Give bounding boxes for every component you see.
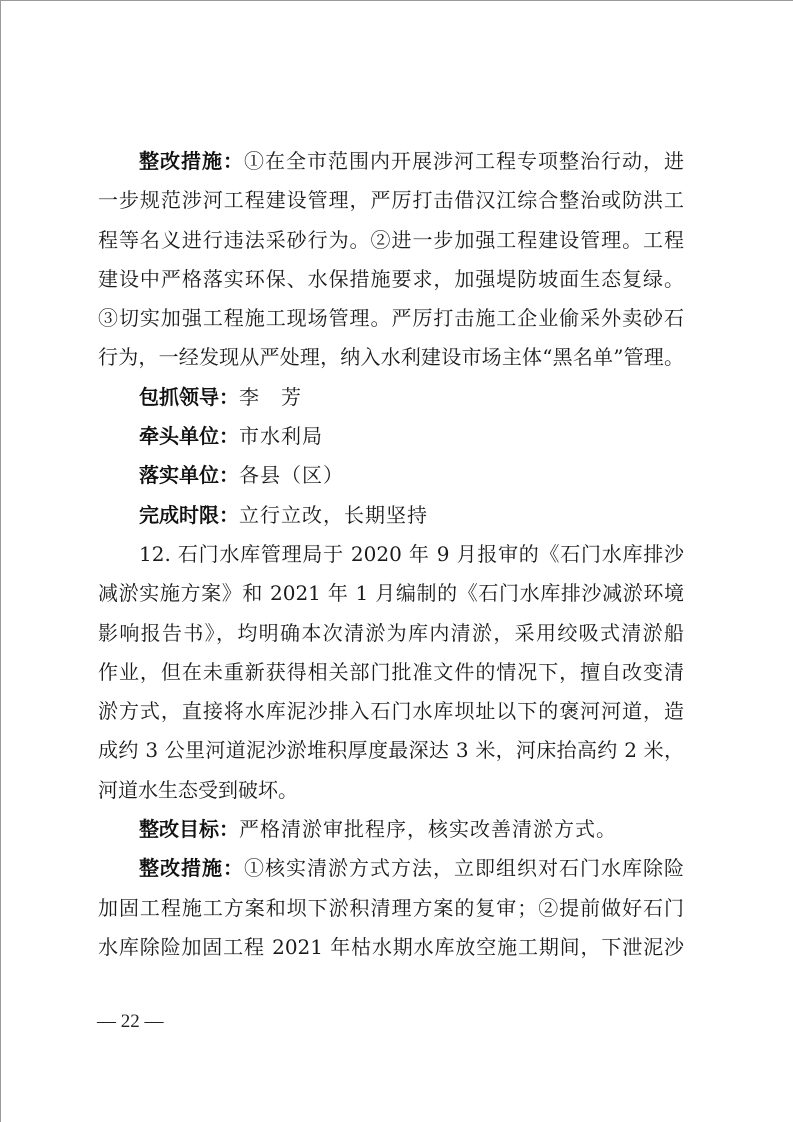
- field-label: 落实单位：: [139, 463, 239, 487]
- field-deadline: 完成时限：立行立改，长期坚持: [98, 496, 684, 535]
- section-label: 整改措施：: [139, 149, 244, 173]
- text-line: 作业，但在未重新获得相关部门批准文件的情况下，擅自改变清: [98, 653, 684, 692]
- field-value: 各县（区）: [239, 463, 344, 487]
- issue-paragraph: 12. 石门水库管理局于 2020 年 9 月报审的《石门水库排沙 减淤实施方案…: [98, 535, 684, 810]
- text-line: 程等名义进行违法采砂行为。②进一步加强工程建设管理。工程: [98, 221, 684, 260]
- field-value: 市水利局: [239, 424, 323, 448]
- text-line: 成约 3 公里河道泥沙淤堆积厚度最深达 3 米，河床抬高约 2 米，: [98, 731, 684, 770]
- field-value: 严格清淤审批程序，核实改善清淤方式。: [239, 817, 617, 841]
- text-line: 减淤实施方案》和 2021 年 1 月编制的《石门水库排沙减淤环境: [98, 574, 684, 613]
- field-label: 整改目标：: [139, 817, 239, 841]
- text-line: 河道水生态受到破坏。: [98, 771, 684, 810]
- text-line: 行为，一经发现从严处理，纳入水利建设市场主体“黑名单”管理。: [98, 338, 684, 377]
- field-leader: 包抓领导：李 芳: [98, 378, 684, 417]
- text-line: 水库除险加固工程 2021 年枯水期水库放空施工期间，下泄泥沙: [98, 928, 684, 967]
- text-line: ③切实加强工程施工现场管理。严厉打击施工企业偷采外卖砂石: [98, 299, 684, 338]
- text-line: 加固工程施工方案和坝下淤积清理方案的复审；②提前做好石门: [98, 889, 684, 928]
- text-run: ①核实清淤方式方法，立即组织对石门水库除险: [244, 856, 684, 880]
- document-page: 整改措施：①在全市范围内开展涉河工程专项整治行动，进 一步规范涉河工程建设管理，…: [0, 0, 793, 1122]
- field-value: 立行立改，长期坚持: [239, 503, 428, 527]
- field-implementing-unit: 落实单位：各县（区）: [98, 456, 684, 495]
- text-line: 一步规范涉河工程建设管理，严厉打击借汉江综合整治或防洪工: [98, 181, 684, 220]
- issue-number: 12.: [139, 542, 171, 566]
- text-line: 影响报告书》，均明确本次清淤为库内清淤，采用绞吸式清淤船: [98, 614, 684, 653]
- text-line: 淤方式，直接将水库泥沙排入石门水库坝址以下的褒河河道，造: [98, 692, 684, 731]
- field-value: 李 芳: [239, 385, 302, 409]
- field-lead-unit: 牵头单位：市水利局: [98, 417, 684, 456]
- text-run: ①在全市范围内开展涉河工程专项整治行动，进: [244, 149, 684, 173]
- field-label: 牵头单位：: [139, 424, 239, 448]
- section-label: 整改措施：: [139, 856, 244, 880]
- text-line: 整改措施：①核实清淤方式方法，立即组织对石门水库除险: [98, 849, 684, 888]
- text-line: 12. 石门水库管理局于 2020 年 9 月报审的《石门水库排沙: [98, 535, 684, 574]
- page-number: — 22 —: [97, 1011, 164, 1033]
- measures-paragraph: 整改措施：①在全市范围内开展涉河工程专项整治行动，进 一步规范涉河工程建设管理，…: [98, 142, 684, 378]
- document-body: 整改措施：①在全市范围内开展涉河工程专项整治行动，进 一步规范涉河工程建设管理，…: [98, 142, 684, 967]
- text-run: 石门水库管理局于 2020 年 9 月报审的《石门水库排沙: [171, 542, 684, 566]
- field-label: 包抓领导：: [139, 385, 239, 409]
- field-target: 整改目标：严格清淤审批程序，核实改善清淤方式。: [98, 810, 684, 849]
- measures-paragraph: 整改措施：①核实清淤方式方法，立即组织对石门水库除险 加固工程施工方案和坝下淤积…: [98, 849, 684, 967]
- field-label: 完成时限：: [139, 503, 239, 527]
- text-line: 整改措施：①在全市范围内开展涉河工程专项整治行动，进: [98, 142, 684, 181]
- text-line: 建设中严格落实环保、水保措施要求，加强堤防坡面生态复绿。: [98, 260, 684, 299]
